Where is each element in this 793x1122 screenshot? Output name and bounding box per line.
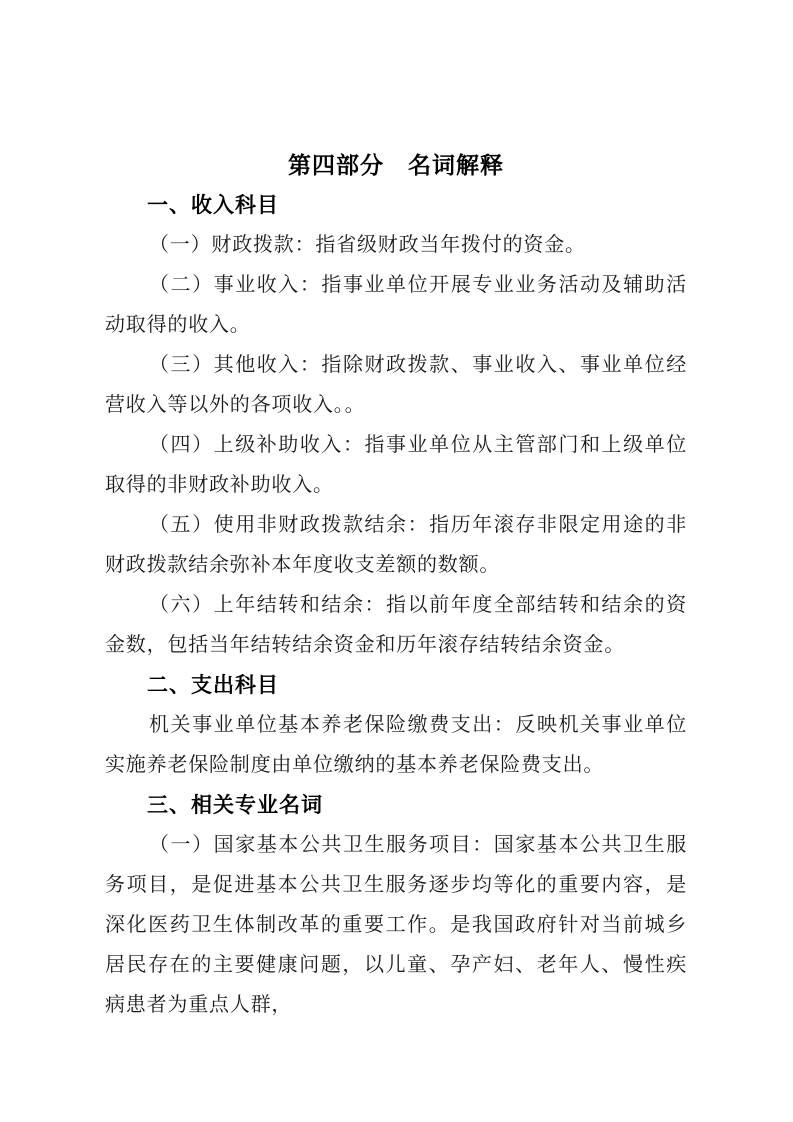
para-pension-contribution-expenditure: 机关事业单位基本养老保险缴费支出：反映机关事业单位实施养老保险制度由单位缴纳的基… <box>105 705 687 785</box>
section-heading-professional-terms: 三、相关专业名词 <box>105 785 687 825</box>
para-national-basic-public-health-program: （一）国家基本公共卫生服务项目：国家基本公共卫生服务项目，是促进基本公共卫生服务… <box>105 825 687 1025</box>
para-fiscal-appropriation: （一）财政拨款：指省级财政当年拨付的资金。 <box>105 225 687 265</box>
para-superior-subsidy-income: （四）上级补助收入：指事业单位从主管部门和上级单位取得的非财政补助收入。 <box>105 425 687 505</box>
document-page: 第四部分 名词解释 一、收入科目 （一）财政拨款：指省级财政当年拨付的资金。 （… <box>0 0 793 1122</box>
para-operating-income: （二）事业收入：指事业单位开展专业业务活动及辅助活动取得的收入。 <box>105 265 687 345</box>
para-prior-year-carryover: （六）上年结转和结余：指以前年度全部结转和结余的资金数，包括当年结转结余资金和历… <box>105 585 687 665</box>
para-non-fiscal-appropriation-balance: （五）使用非财政拨款结余：指历年滚存非限定用途的非财政拨款结余弥补本年度收支差额… <box>105 505 687 585</box>
section-heading-income: 一、收入科目 <box>105 185 687 225</box>
section-heading-expenditure: 二、支出科目 <box>105 665 687 705</box>
para-other-income: （三）其他收入：指除财政拨款、事业收入、事业单位经营收入等以外的各项收入。。 <box>105 345 687 425</box>
document-title: 第四部分 名词解释 <box>105 145 687 185</box>
